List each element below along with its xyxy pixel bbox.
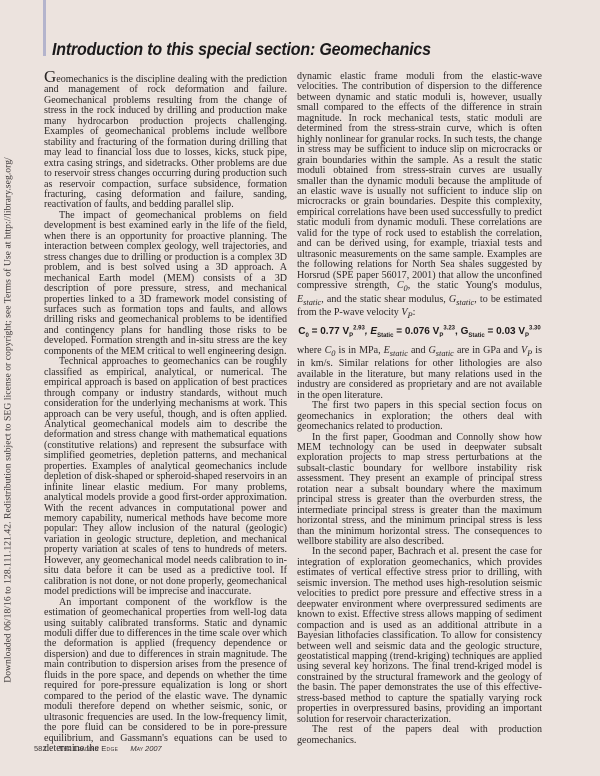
- var-subscript: static: [436, 349, 454, 358]
- var-g-static: Gstatic: [429, 345, 454, 356]
- page-footer: 582 The Leading Edge May 2007: [34, 744, 162, 753]
- text-run: , and the static shear modulus,: [321, 294, 449, 305]
- paragraph-units: where C0 is in MPa, Estatic and Gstatic …: [297, 346, 542, 401]
- var-subscript: static: [456, 298, 474, 307]
- text-run: :: [413, 307, 416, 318]
- var-symbol: G: [429, 345, 436, 356]
- right-column: dynamic elastic frame moduli from the el…: [297, 72, 542, 746]
- horsrud-equation: C0 = 0.77 VP2.93, EStatic = 0.076 VP3.23…: [297, 327, 542, 337]
- eq-term: C: [298, 326, 305, 337]
- download-notice-text: Downloaded 06/18/16 to 128.111.121.42. R…: [3, 157, 14, 683]
- var-e-static: Estatic: [297, 294, 321, 305]
- eq-term: , G: [455, 326, 468, 337]
- paragraph-impact: The impact of geomechanical problems on …: [44, 211, 287, 357]
- var-vp: VP: [521, 345, 532, 356]
- paragraph-first-two-papers: The first two papers in this special sec…: [297, 401, 542, 432]
- page-number: 582: [34, 744, 47, 753]
- eq-subscript: P: [525, 333, 529, 339]
- eq-exponent: 3.30: [529, 326, 541, 332]
- paragraph-rest-of-papers: The rest of the papers deal with product…: [297, 725, 542, 746]
- eq-subscript: P: [439, 333, 443, 339]
- eq-subscript: P: [349, 333, 353, 339]
- text-run: dynamic elastic frame moduli from the el…: [297, 71, 542, 291]
- text-run: where: [297, 345, 325, 356]
- eq-term: = 0.076 V: [393, 326, 439, 337]
- journal-name: The Leading Edge: [59, 744, 119, 753]
- download-notice: Downloaded 06/18/16 to 128.111.121.42. R…: [0, 110, 16, 730]
- eq-exponent: 3.23: [443, 326, 455, 332]
- eq-subscript: Static: [377, 333, 393, 339]
- left-column: Geomechanics is the discipline dealing w…: [44, 72, 287, 754]
- paragraph-workflow: An important component of the workflow i…: [44, 598, 287, 755]
- paragraph-bachrach: In the second paper, Bachrach et al. pre…: [297, 547, 542, 725]
- var-subscript: static: [303, 298, 321, 307]
- var-c0: C0: [325, 345, 336, 356]
- text-run: and: [408, 345, 429, 356]
- eq-term: , E: [365, 326, 377, 337]
- text-run: is in MPa,: [335, 345, 383, 356]
- var-g-static: Gstatic: [449, 294, 474, 305]
- eq-term: = 0.03 V: [485, 326, 525, 337]
- var-e-static: Estatic: [384, 345, 408, 356]
- article-title: Introduction to this special section: Ge…: [52, 39, 431, 60]
- paragraph-intro-text: eomechanics is the discipline dealing wi…: [44, 74, 287, 210]
- text-run: , the static Young's modulus,: [408, 280, 542, 291]
- var-subscript: static: [390, 349, 408, 358]
- eq-term: = 0.77 V: [309, 326, 349, 337]
- issue-date: May 2007: [130, 744, 161, 753]
- var-c0: C0: [397, 280, 408, 291]
- text-run: are in GPa and: [454, 345, 521, 356]
- paragraph-intro: Geomechanics is the discipline dealing w…: [44, 72, 287, 211]
- paragraph-goodman-connolly: In the first paper, Goodman and Connolly…: [297, 433, 542, 548]
- paragraph-workflow-continued: dynamic elastic frame moduli from the el…: [297, 72, 542, 321]
- title-accent-bar: [43, 0, 46, 56]
- var-symbol: C: [397, 280, 404, 291]
- paragraph-approaches: Technical approaches to geomechanics can…: [44, 357, 287, 597]
- var-vp: VP: [401, 307, 412, 318]
- eq-subscript: Static: [468, 333, 484, 339]
- drop-cap: G: [44, 67, 56, 86]
- eq-exponent: 2.93: [353, 326, 365, 332]
